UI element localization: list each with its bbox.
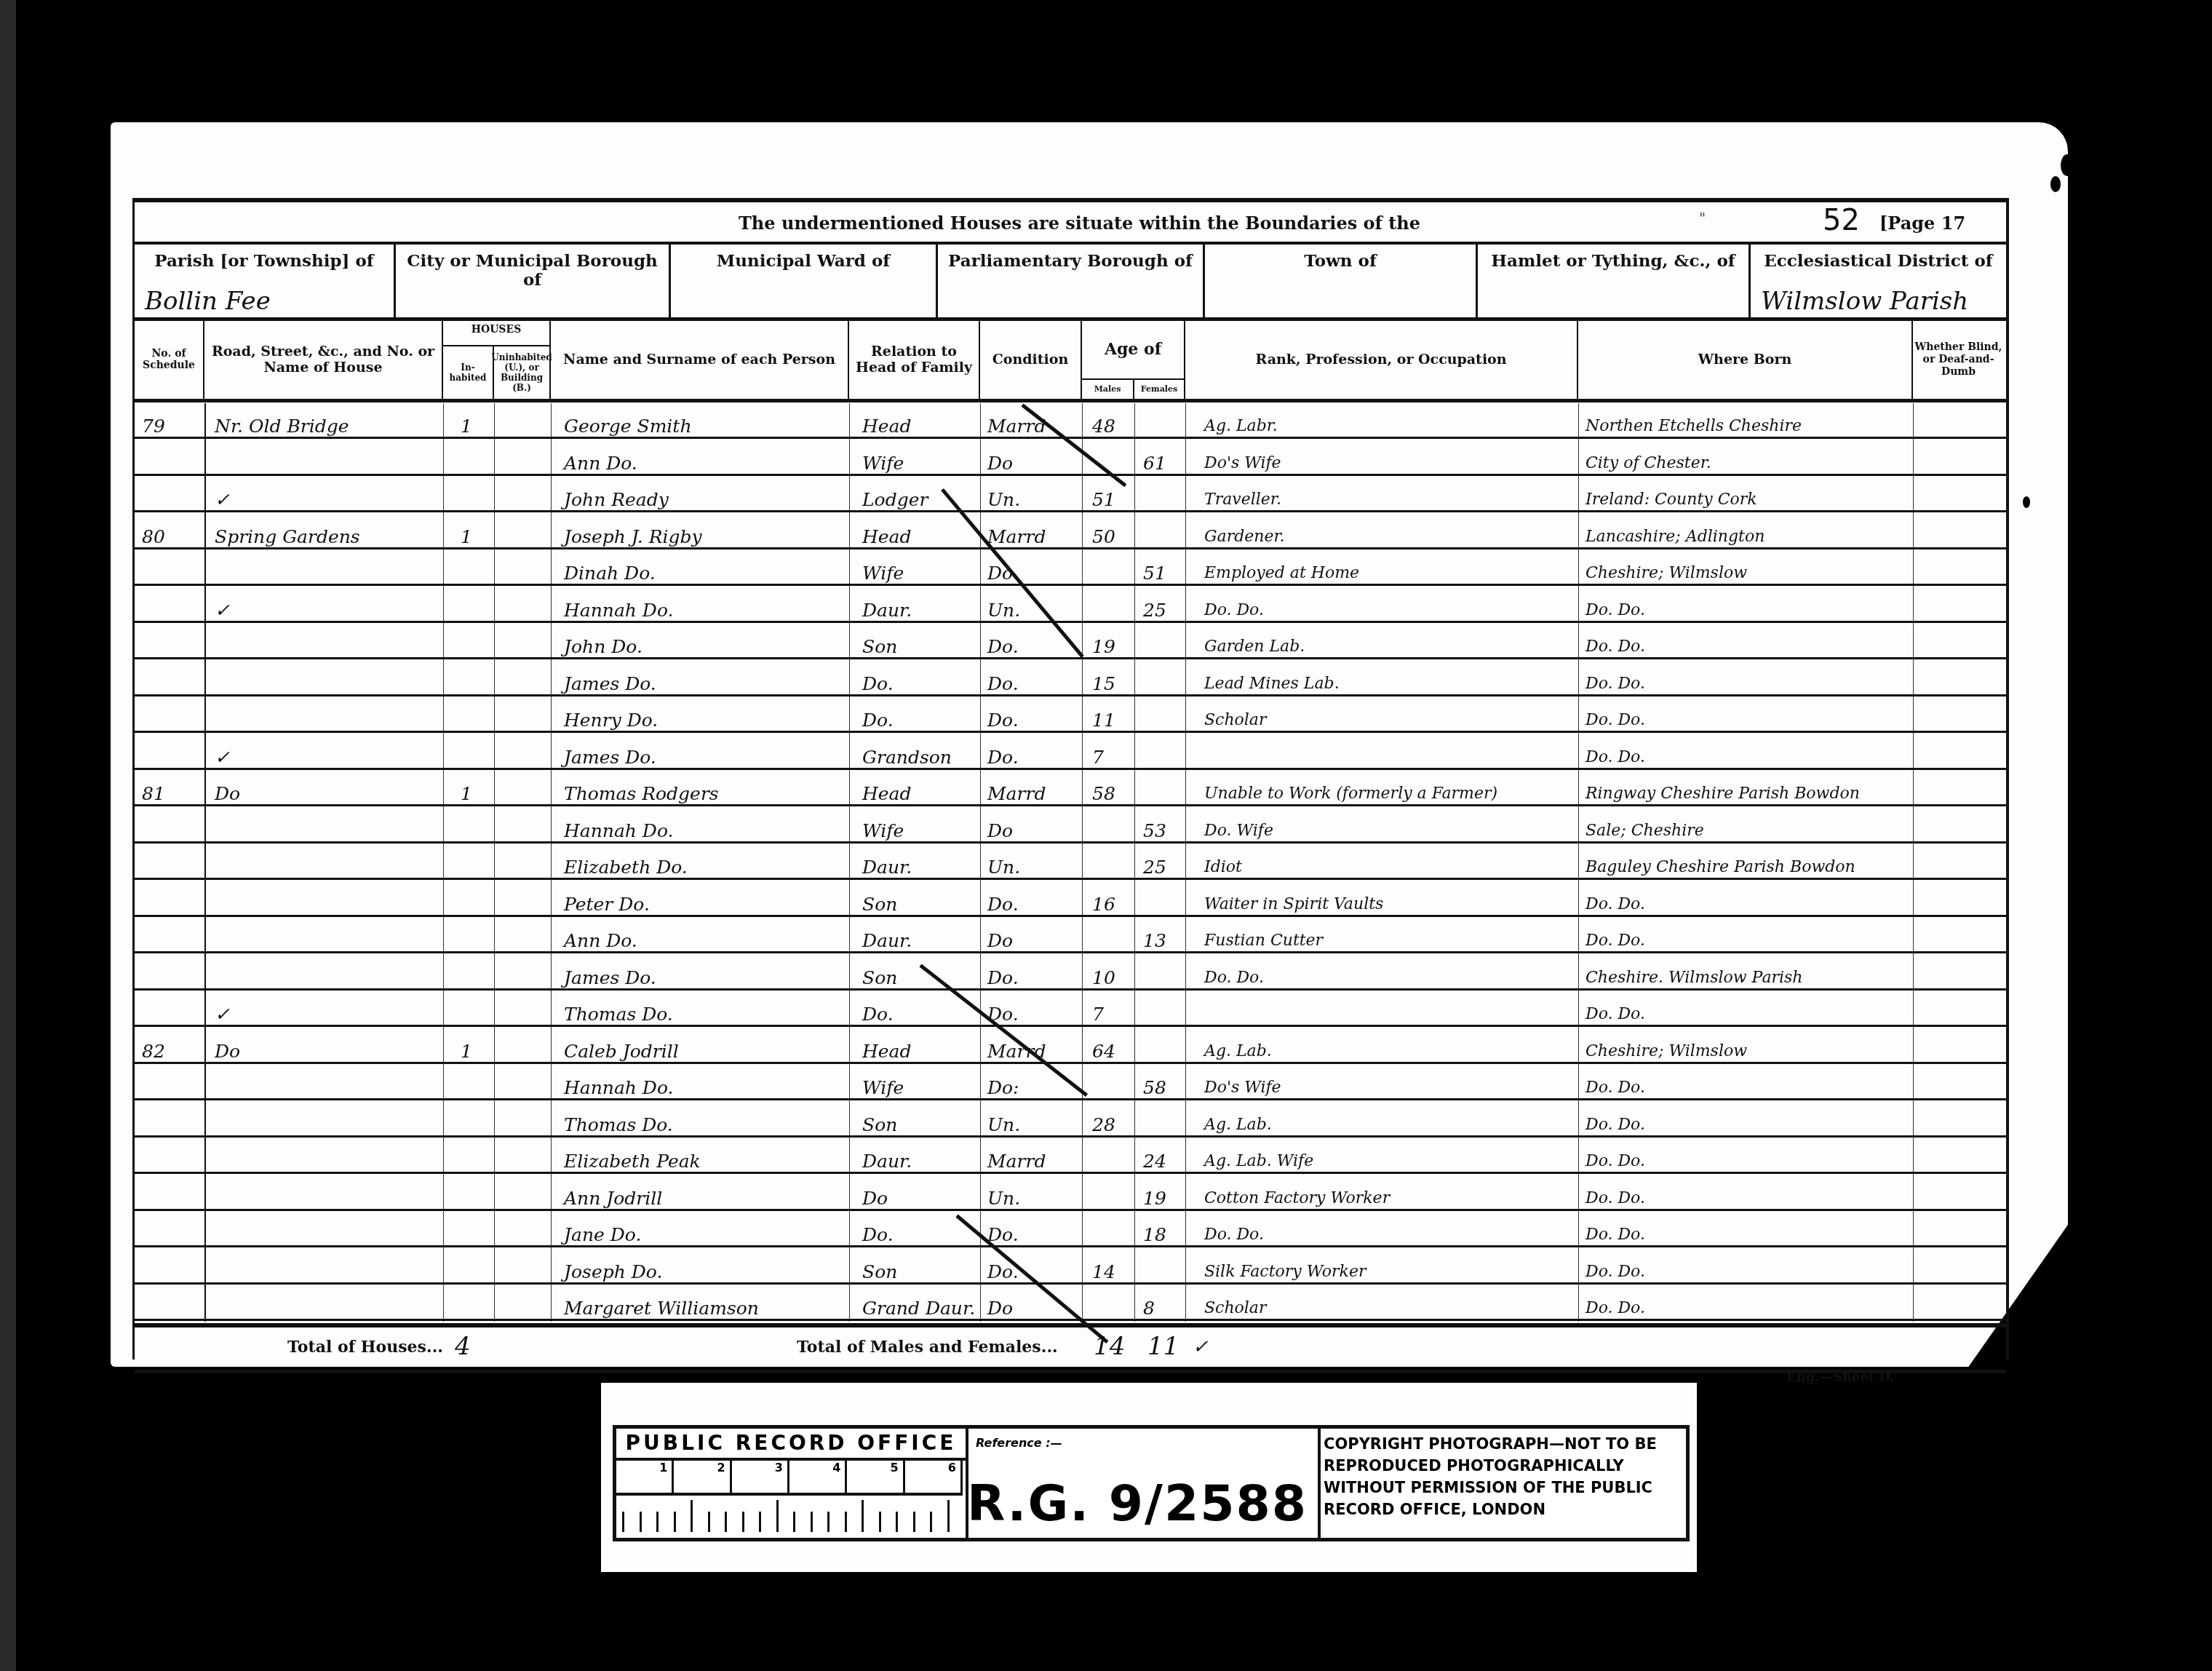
- birthplace: Do. Do.: [1586, 1298, 1645, 1319]
- road-name: Spring Gardens: [215, 527, 360, 547]
- col-houses: HOUSES: [443, 320, 551, 345]
- parliamentary-borough-cell: Parliamentary Borough of: [938, 245, 1205, 317]
- municipal-ward-label: Municipal Ward of: [671, 245, 936, 271]
- ruler-number: 4: [789, 1461, 847, 1493]
- marital-condition: Do: [987, 1298, 1013, 1319]
- male-age: 19: [1092, 637, 1115, 657]
- relation-to-head: Son: [862, 894, 897, 915]
- male-age: 51: [1092, 490, 1115, 510]
- relation-to-head: Daur.: [862, 931, 912, 951]
- occupation: Do. Do.: [1204, 600, 1264, 621]
- ruler-tick: [776, 1500, 779, 1532]
- census-row: Peter Do.SonDo.16Waiter in Spirit Vaults…: [135, 894, 2006, 917]
- person-name: Jane Do.: [564, 1225, 641, 1245]
- person-name: Ann Jodrill: [564, 1188, 662, 1209]
- person-name: Hannah Do.: [564, 600, 673, 621]
- birthplace: Do. Do.: [1586, 894, 1645, 915]
- census-row: ✓John ReadyLodgerUn.51Traveller.Ireland:…: [135, 490, 2006, 512]
- schedule-number: 79: [142, 416, 165, 437]
- birthplace: Do. Do.: [1586, 637, 1645, 657]
- col-uninhabited: Uninhabited (U.), or Building (B.): [494, 345, 551, 399]
- total-check-mark: ✓: [1193, 1336, 1209, 1358]
- pro-ruler-panel: PUBLIC RECORD OFFICE 1 2 3 4 5 6: [616, 1429, 968, 1538]
- ruler-ticks: [616, 1496, 963, 1535]
- inhabited-count: 1: [461, 1041, 472, 1062]
- tick-mark: ": [1699, 210, 1706, 227]
- relation-to-head: Daur.: [862, 1151, 912, 1172]
- male-age: 7: [1092, 1004, 1104, 1025]
- ruler-number: 6: [905, 1461, 963, 1493]
- male-age: 50: [1092, 527, 1115, 547]
- ruler-tick: [622, 1512, 624, 1532]
- census-row: Ann Do.Daur.Do13Fustian CutterDo. Do.: [135, 931, 2006, 953]
- person-name: Ann Do.: [564, 931, 637, 951]
- person-name: John Do.: [564, 637, 642, 657]
- ecclesiastical-district-value: Wilmslow Parish: [1761, 287, 1968, 316]
- person-name: Margaret Williamson: [564, 1298, 759, 1319]
- ruler-tick: [845, 1512, 847, 1532]
- ruler-tick: [725, 1512, 727, 1532]
- occupation: Gardener.: [1204, 527, 1285, 547]
- male-age: 14: [1092, 1262, 1115, 1282]
- census-row: Henry Do.Do.Do.11ScholarDo. Do.: [135, 710, 2006, 733]
- occupation: Fustian Cutter: [1204, 931, 1323, 951]
- relation-to-head: Son: [862, 637, 897, 657]
- person-name: Peter Do.: [564, 894, 650, 915]
- person-name: Elizabeth Peak: [564, 1151, 701, 1172]
- occupation: Waiter in Spirit Vaults: [1204, 894, 1383, 915]
- occupation: Silk Factory Worker: [1204, 1262, 1366, 1282]
- relation-to-head: Son: [862, 1115, 897, 1135]
- pro-office-title: PUBLIC RECORD OFFICE: [616, 1429, 966, 1461]
- ruler-tick: [742, 1512, 744, 1532]
- census-row: 81Do1Thomas RodgersHeadMarrd58Unable to …: [135, 784, 2006, 806]
- ruler-tick: [930, 1512, 932, 1532]
- road-name: ✓: [215, 747, 230, 768]
- census-row: Hannah Do.WifeDo53Do. WifeSale; Cheshire: [135, 821, 2006, 844]
- relation-to-head: Wife: [862, 453, 904, 474]
- col-occupation: Rank, Profession, or Occupation: [1185, 320, 1578, 399]
- ruler-number: 2: [674, 1461, 731, 1493]
- marital-condition: Un.: [987, 1115, 1020, 1135]
- form-title-row: The undermentioned Houses are situate wi…: [135, 202, 2006, 240]
- hamlet-cell: Hamlet or Tything, &c., of: [1478, 245, 1751, 317]
- page-number: [Page 17: [1879, 213, 1965, 234]
- road-name: ✓: [215, 600, 230, 621]
- birthplace: Do. Do.: [1586, 1004, 1645, 1025]
- marital-condition: Do:: [987, 1078, 1019, 1098]
- birthplace: Do. Do.: [1586, 1078, 1645, 1098]
- census-row: Elizabeth PeakDaur.Marrd24Ag. Lab. WifeD…: [135, 1151, 2006, 1174]
- relation-to-head: Do.: [862, 710, 894, 731]
- female-age: 51: [1143, 563, 1166, 584]
- female-age: 19: [1143, 1188, 1166, 1209]
- occupation: Do's Wife: [1204, 1078, 1281, 1098]
- ruler-tick: [896, 1512, 898, 1532]
- road-name: Do: [215, 784, 240, 804]
- occupation: Do. Do.: [1204, 1225, 1264, 1245]
- occupation: Cotton Factory Worker: [1204, 1188, 1390, 1209]
- relation-to-head: Son: [862, 968, 897, 988]
- female-age: 61: [1143, 453, 1166, 474]
- person-name: Thomas Do.: [564, 1115, 673, 1135]
- ruler-inches: 1 2 3 4 5 6: [616, 1461, 963, 1496]
- relation-to-head: Daur.: [862, 600, 912, 621]
- occupation: Garden Lab.: [1204, 637, 1305, 657]
- ecclesiastical-district-cell: Ecclesiastical District of Wilmslow Pari…: [1751, 245, 2006, 317]
- occupation: Ag. Lab.: [1204, 1041, 1272, 1062]
- female-age: 58: [1143, 1078, 1166, 1098]
- birthplace: Do. Do.: [1586, 674, 1645, 694]
- totals-row: Total of Houses... 4 Total of Males and …: [135, 1323, 2006, 1373]
- schedule-number: 82: [142, 1041, 165, 1062]
- relation-to-head: Do.: [862, 674, 894, 694]
- column-header-row: No. of Schedule Road, Street, &c., and N…: [135, 320, 2006, 402]
- person-name: Ann Do.: [564, 453, 637, 474]
- ruler-tick: [827, 1512, 829, 1532]
- inhabited-count: 1: [461, 784, 472, 804]
- marital-condition: Do: [987, 453, 1013, 474]
- public-record-office-label: PUBLIC RECORD OFFICE 1 2 3 4 5 6 Referen…: [601, 1383, 1697, 1572]
- census-form: The undermentioned Houses are situate wi…: [132, 198, 2009, 1360]
- female-age: 25: [1143, 600, 1166, 621]
- inhabited-count: 1: [461, 416, 472, 437]
- relation-to-head: Wife: [862, 821, 904, 841]
- col-schedule: No. of Schedule: [135, 320, 204, 399]
- female-age: 25: [1143, 857, 1166, 878]
- census-row: 82Do1Caleb JodrillHeadMarrd64Ag. Lab.Che…: [135, 1041, 2006, 1064]
- parliamentary-borough-label: Parliamentary Borough of: [938, 245, 1203, 271]
- ruler-tick: [674, 1512, 676, 1532]
- person-name: Henry Do.: [564, 710, 658, 731]
- birthplace: Sale; Cheshire: [1586, 821, 1704, 841]
- ruler-tick: [862, 1500, 864, 1532]
- occupation: Do. Wife: [1204, 821, 1273, 841]
- city-borough-label: City or Municipal Borough of: [396, 245, 669, 290]
- ruler-tick: [691, 1500, 693, 1532]
- census-row: Thomas Do.SonUn.28Ag. Lab.Do. Do.: [135, 1115, 2006, 1138]
- birthplace: Northen Etchells Cheshire: [1586, 416, 1802, 437]
- total-females-value: 11: [1147, 1332, 1179, 1361]
- census-row: 80Spring Gardens1Joseph J. RigbyHeadMarr…: [135, 527, 2006, 549]
- occupation: Ag. Lab. Wife: [1204, 1151, 1313, 1172]
- relation-to-head: Head: [862, 784, 912, 804]
- person-name: John Ready: [564, 490, 669, 510]
- ruler-tick: [879, 1512, 881, 1532]
- person-name: Caleb Jodrill: [564, 1041, 679, 1062]
- person-name: Thomas Do.: [564, 1004, 673, 1025]
- male-age: 64: [1092, 1041, 1115, 1062]
- marital-condition: Marrd: [987, 784, 1046, 804]
- ruler-tick: [640, 1512, 642, 1532]
- schedule-number: 80: [142, 527, 165, 547]
- male-age: 28: [1092, 1115, 1115, 1135]
- census-row: Ann Do.WifeDo61Do's WifeCity of Chester.: [135, 453, 2006, 476]
- ecclesiastical-district-label: Ecclesiastical District of: [1751, 245, 2006, 271]
- parish-value: Bollin Fee: [145, 287, 271, 316]
- birthplace: Do. Do.: [1586, 747, 1645, 768]
- person-name: Joseph J. Rigby: [564, 527, 702, 547]
- male-age: 10: [1092, 968, 1115, 988]
- col-relation: Relation to Head of Family: [849, 320, 980, 399]
- birthplace: Do. Do.: [1586, 1115, 1645, 1135]
- ruler-tick: [913, 1512, 915, 1532]
- marital-condition: Do.: [987, 710, 1019, 731]
- relation-to-head: Head: [862, 1041, 912, 1062]
- town-cell: Town of: [1205, 245, 1478, 317]
- parish-label: Parish [or Township] of: [135, 245, 394, 271]
- ruler-number: 5: [847, 1461, 904, 1493]
- road-name: ✓: [215, 1004, 230, 1025]
- birthplace: Do. Do.: [1586, 1151, 1645, 1172]
- ruler-number: 3: [732, 1461, 789, 1493]
- census-row: Jane Do.Do.Do.18Do. Do.Do. Do.: [135, 1225, 2006, 1247]
- birthplace: Do. Do.: [1586, 710, 1645, 731]
- relation-to-head: Grandson: [862, 747, 952, 768]
- male-age: 15: [1092, 674, 1115, 694]
- sheet-label: Eng.—Sheet D.: [1786, 1370, 1894, 1385]
- ink-blot: [2061, 154, 2074, 176]
- person-name: Dinah Do.: [564, 563, 656, 584]
- ruler-tick: [708, 1512, 710, 1532]
- birthplace: Ringway Cheshire Parish Bowdon: [1586, 784, 1860, 804]
- pro-reference-panel: Reference :— R.G. 9/2588: [968, 1429, 1321, 1538]
- film-edge: [0, 0, 16, 1671]
- female-age: 8: [1143, 1298, 1155, 1319]
- marital-condition: Un.: [987, 490, 1020, 510]
- road-name: Nr. Old Bridge: [215, 416, 349, 437]
- road-name: ✓: [215, 490, 230, 510]
- pro-label-box: PUBLIC RECORD OFFICE 1 2 3 4 5 6 Referen…: [613, 1425, 1690, 1541]
- male-age: 16: [1092, 894, 1115, 915]
- town-label: Town of: [1205, 245, 1476, 271]
- marital-condition: Do.: [987, 637, 1019, 657]
- person-name: Hannah Do.: [564, 1078, 673, 1098]
- birthplace: Ireland: County Cork: [1586, 490, 1757, 510]
- col-males: Males: [1082, 378, 1134, 399]
- place-header-row: Parish [or Township] of Bollin Fee City …: [135, 242, 2006, 321]
- marital-condition: Marrd: [987, 527, 1046, 547]
- inhabited-count: 1: [461, 527, 472, 547]
- birthplace: Do. Do.: [1586, 1262, 1645, 1282]
- col-condition: Condition: [980, 320, 1082, 399]
- col-age: Age of: [1082, 320, 1185, 378]
- marital-condition: Un.: [987, 1188, 1020, 1209]
- col-where-born: Where Born: [1578, 320, 1913, 399]
- occupation: Do's Wife: [1204, 453, 1281, 474]
- female-age: 13: [1143, 931, 1166, 951]
- relation-to-head: Do.: [862, 1225, 894, 1245]
- ruler-tick: [811, 1512, 813, 1532]
- birthplace: Cheshire; Wilmslow: [1586, 563, 1747, 584]
- male-age: 58: [1092, 784, 1115, 804]
- female-age: 24: [1143, 1151, 1166, 1172]
- relation-to-head: Head: [862, 416, 912, 437]
- birthplace: Lancashire; Adlington: [1586, 527, 1765, 547]
- census-row: ✓Thomas Do.Do.Do.7Do. Do.: [135, 1004, 2006, 1027]
- col-blind-deaf: Whether Blind, or Deaf-and-Dumb: [1913, 320, 2004, 399]
- female-age: 53: [1143, 821, 1166, 841]
- census-row: Dinah Do.WifeDo51Employed at HomeCheshir…: [135, 563, 2006, 586]
- census-row: ✓James Do.GrandsonDo.7Do. Do.: [135, 747, 2006, 770]
- occupation: Scholar: [1204, 710, 1266, 731]
- col-females: Females: [1134, 378, 1185, 399]
- census-row: 79Nr. Old Bridge1George SmithHeadMarrd48…: [135, 416, 2006, 439]
- occupation: Scholar: [1204, 1298, 1266, 1319]
- schedule-number: 81: [142, 784, 165, 804]
- census-row: Ann JodrillDoUn.19Cotton Factory WorkerD…: [135, 1188, 2006, 1211]
- occupation: Do. Do.: [1204, 968, 1264, 988]
- census-row: Elizabeth Do.Daur.Un.25IdiotBaguley Ches…: [135, 857, 2006, 880]
- ruler-tick: [947, 1500, 950, 1532]
- census-row: Joseph Do.SonDo.14Silk Factory WorkerDo.…: [135, 1262, 2006, 1285]
- person-name: Thomas Rodgers: [564, 784, 719, 804]
- folio-number: 52: [1823, 204, 1860, 237]
- municipal-ward-cell: Municipal Ward of: [671, 245, 938, 317]
- census-row: James Do.SonDo.10Do. Do.Cheshire. Wilmsl…: [135, 968, 2006, 991]
- ink-dot: [2023, 496, 2030, 508]
- parish-cell: Parish [or Township] of Bollin Fee: [135, 245, 396, 317]
- occupation: Idiot: [1204, 857, 1242, 878]
- col-road: Road, Street, &c., and No. or Name of Ho…: [204, 320, 443, 399]
- marital-condition: Un.: [987, 600, 1020, 621]
- male-age: 7: [1092, 747, 1104, 768]
- female-age: 18: [1143, 1225, 1166, 1245]
- marital-condition: Do: [987, 821, 1013, 841]
- male-age: 11: [1092, 710, 1115, 731]
- ruler-tick: [793, 1512, 795, 1532]
- reference-label: Reference :—: [976, 1436, 1062, 1450]
- relation-to-head: Do: [862, 1188, 888, 1209]
- marital-condition: Do.: [987, 1225, 1019, 1245]
- birthplace: Do. Do.: [1586, 1225, 1645, 1245]
- relation-to-head: Head: [862, 527, 912, 547]
- relation-to-head: Wife: [862, 1078, 904, 1098]
- ruler-tick: [656, 1512, 659, 1532]
- road-name: Do: [215, 1041, 240, 1062]
- col-inhabited: In-habited: [443, 345, 494, 399]
- birthplace: Cheshire. Wilmslow Parish: [1586, 968, 1803, 988]
- male-age: 48: [1092, 416, 1115, 437]
- reference-value: R.G. 9/2588: [967, 1475, 1308, 1533]
- ink-blot: [2050, 176, 2061, 192]
- marital-condition: Un.: [987, 857, 1020, 878]
- occupation: Traveller.: [1204, 490, 1281, 510]
- marital-condition: Do: [987, 931, 1013, 951]
- copyright-notice: COPYRIGHT PHOTOGRAPH—NOT TO BE REPRODUCE…: [1324, 1433, 1680, 1520]
- hamlet-label: Hamlet or Tything, &c., of: [1478, 245, 1748, 271]
- relation-to-head: Lodger: [862, 490, 928, 510]
- relation-to-head: Grand Daur.: [862, 1298, 975, 1319]
- occupation: Employed at Home: [1204, 563, 1359, 584]
- person-name: James Do.: [564, 674, 656, 694]
- birthplace: Do. Do.: [1586, 931, 1645, 951]
- city-borough-cell: City or Municipal Borough of: [396, 245, 671, 317]
- total-males-value: 14: [1094, 1332, 1125, 1361]
- occupation: Ag. Labr.: [1204, 416, 1278, 437]
- person-name: James Do.: [564, 968, 656, 988]
- marital-condition: Do.: [987, 968, 1019, 988]
- census-row: James Do.Do.Do.15Lead Mines Lab.Do. Do.: [135, 674, 2006, 696]
- birthplace: Cheshire; Wilmslow: [1586, 1041, 1747, 1062]
- total-houses-value: 4: [455, 1332, 471, 1361]
- census-row: ✓Hannah Do.Daur.Un.25Do. Do.Do. Do.: [135, 600, 2006, 623]
- marital-condition: Do.: [987, 674, 1019, 694]
- total-houses-label: Total of Houses...: [287, 1338, 443, 1357]
- total-persons-label: Total of Males and Females...: [797, 1338, 1058, 1357]
- relation-to-head: Son: [862, 1262, 897, 1282]
- occupation: Unable to Work (formerly a Farmer): [1204, 784, 1497, 804]
- ruler-tick: [759, 1512, 761, 1532]
- relation-to-head: Daur.: [862, 857, 912, 878]
- birthplace: Do. Do.: [1586, 1188, 1645, 1209]
- birthplace: City of Chester.: [1586, 453, 1711, 474]
- person-name: Hannah Do.: [564, 821, 673, 841]
- relation-to-head: Wife: [862, 563, 904, 584]
- relation-to-head: Do.: [862, 1004, 894, 1025]
- person-name: James Do.: [564, 747, 656, 768]
- marital-condition: Do.: [987, 747, 1019, 768]
- marital-condition: Marrd: [987, 1151, 1046, 1172]
- form-title: The undermentioned Houses are situate wi…: [739, 213, 1420, 234]
- person-name: George Smith: [564, 416, 692, 437]
- col-name: Name and Surname of each Person: [551, 320, 849, 399]
- birthplace: Do. Do.: [1586, 600, 1645, 621]
- marital-condition: Do.: [987, 894, 1019, 915]
- person-name: Joseph Do.: [564, 1262, 662, 1282]
- occupation: Lead Mines Lab.: [1204, 674, 1340, 694]
- occupation: Ag. Lab.: [1204, 1115, 1272, 1135]
- birthplace: Baguley Cheshire Parish Bowdon: [1586, 857, 1855, 878]
- ruler-number: 1: [616, 1461, 674, 1493]
- person-name: Elizabeth Do.: [564, 857, 688, 878]
